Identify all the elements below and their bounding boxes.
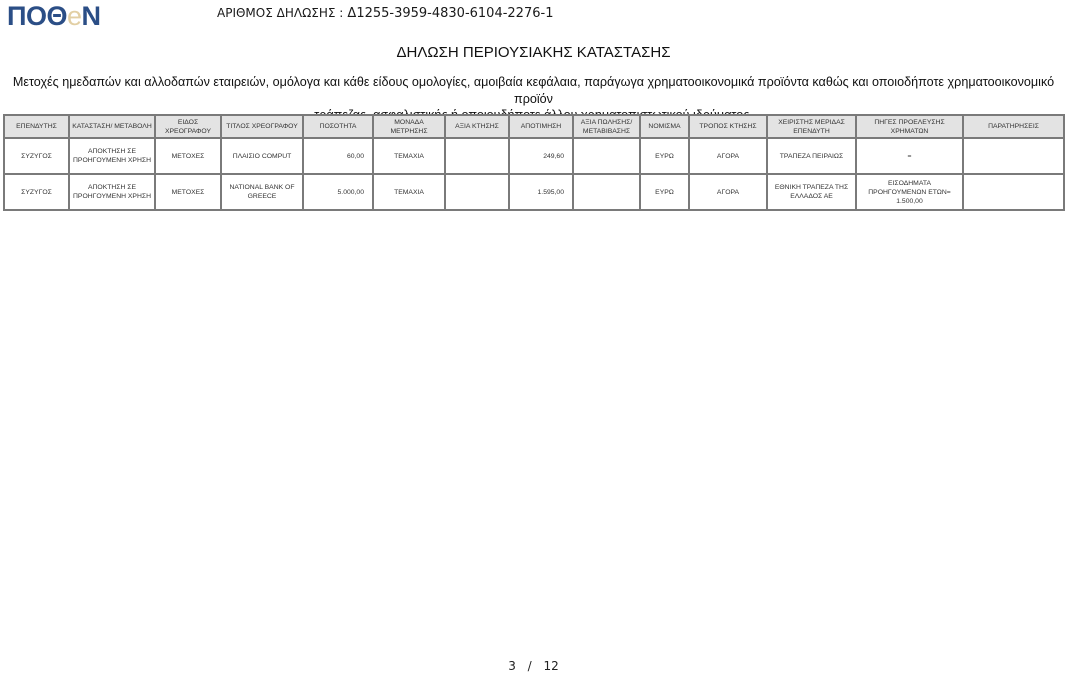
column-header: ΑΞΙΑ ΠΩΛΗΣΗΣ/ ΜΕΤΑΒΙΒΑΣΗΣ — [573, 115, 640, 138]
table-cell: ΕΥΡΩ — [640, 174, 689, 210]
table-cell: ΤΕΜΑΧΙΑ — [373, 138, 445, 174]
table-cell: NATIONAL BANK OF GREECE — [221, 174, 303, 210]
subtitle-line-1: Μετοχές ημεδαπών και αλλοδαπών εταιρειών… — [8, 74, 1059, 107]
table-cell: = — [856, 138, 963, 174]
table-cell — [445, 138, 509, 174]
logo-text-end: Ν — [82, 1, 101, 31]
table-header-row: ΕΠΕΝΔΥΤΗΣΚΑΤΑΣΤΑΣΗ/ ΜΕΤΑΒΟΛΗΕΙΔΟΣ ΧΡΕΟΓΡ… — [4, 115, 1064, 138]
table-cell: 1.595,00 — [509, 174, 573, 210]
table-cell — [963, 138, 1064, 174]
current-page: 3 — [508, 659, 516, 673]
table-cell — [573, 174, 640, 210]
declaration-number: ΑΡΙΘΜΟΣ ΔΗΛΩΣΗΣ : Δ1255-3959-4830-6104-2… — [217, 6, 553, 21]
column-header: ΠΟΣΟΤΗΤΑ — [303, 115, 373, 138]
column-header: ΤΙΤΛΟΣ ΧΡΕΟΓΡΑΦΟΥ — [221, 115, 303, 138]
column-header: ΕΙΔΟΣ ΧΡΕΟΓΡΑΦΟΥ — [155, 115, 221, 138]
table-cell — [573, 138, 640, 174]
declaration-value: Δ1255-3959-4830-6104-2276-1 — [347, 6, 553, 21]
column-header: ΑΞΙΑ ΚΤΗΣΗΣ — [445, 115, 509, 138]
column-header: ΝΟΜΙΣΜΑ — [640, 115, 689, 138]
column-header: ΑΠΟΤΙΜΗΣΗ — [509, 115, 573, 138]
table-cell: ΤΕΜΑΧΙΑ — [373, 174, 445, 210]
column-header: ΠΗΓΕΣ ΠΡΟΕΛΕΥΣΗΣ ΧΡΗΜΑΤΩΝ — [856, 115, 963, 138]
table-cell: ΕΘΝΙΚΗ ΤΡΑΠΕΖΑ ΤΗΣ ΕΛΛΑΔΟΣ ΑΕ — [767, 174, 856, 210]
table-cell: ΑΓΟΡΑ — [689, 174, 767, 210]
table-cell: 60,00 — [303, 138, 373, 174]
table-cell — [445, 174, 509, 210]
table-cell: ΜΕΤΟΧΕΣ — [155, 174, 221, 210]
table-cell: ΤΡΑΠΕΖΑ ΠΕΙΡΑΙΩΣ — [767, 138, 856, 174]
table-cell: ΣΥΖΥΓΟΣ — [4, 174, 69, 210]
column-header: ΚΑΤΑΣΤΑΣΗ/ ΜΕΤΑΒΟΛΗ — [69, 115, 155, 138]
table-cell: ΑΓΟΡΑ — [689, 138, 767, 174]
page-separator: / — [528, 659, 532, 673]
column-header: ΕΠΕΝΔΥΤΗΣ — [4, 115, 69, 138]
logo: ΠΟΘeΝ — [7, 1, 101, 31]
holdings-table: ΕΠΕΝΔΥΤΗΣΚΑΤΑΣΤΑΣΗ/ ΜΕΤΑΒΟΛΗΕΙΔΟΣ ΧΡΕΟΓΡ… — [3, 114, 1065, 211]
table-row: ΣΥΖΥΓΟΣΑΠΟΚΤΗΣΗ ΣΕ ΠΡΟΗΓΟΥΜΕΝΗ ΧΡΗΣΗΜΕΤΟ… — [4, 138, 1064, 174]
column-header: ΜΟΝΑΔΑ ΜΕΤΡΗΣΗΣ — [373, 115, 445, 138]
table-cell: ΑΠΟΚΤΗΣΗ ΣΕ ΠΡΟΗΓΟΥΜΕΝΗ ΧΡΗΣΗ — [69, 138, 155, 174]
table-cell: ΕΙΣΟΔΗΜΑΤΑ ΠΡΟΗΓΟΥΜΕΝΩΝ ΕΤΩΝ= 1.500,00 — [856, 174, 963, 210]
table-cell: 5.000,00 — [303, 174, 373, 210]
total-pages: 12 — [544, 659, 559, 673]
column-header: ΧΕΙΡΙΣΤΗΣ ΜΕΡΙΔΑΣ ΕΠΕΝΔΥΤΗ — [767, 115, 856, 138]
table-row: ΣΥΖΥΓΟΣΑΠΟΚΤΗΣΗ ΣΕ ΠΡΟΗΓΟΥΜΕΝΗ ΧΡΗΣΗΜΕΤΟ… — [4, 174, 1064, 210]
logo-text-start: ΠΟΘ — [7, 1, 67, 31]
table-cell: ΜΕΤΟΧΕΣ — [155, 138, 221, 174]
column-header: ΠΑΡΑΤΗΡΗΣΕΙΣ — [963, 115, 1064, 138]
table-cell — [963, 174, 1064, 210]
table-cell: ΠΛΑΙΣΙΟ COMPUT — [221, 138, 303, 174]
table-cell: 249,60 — [509, 138, 573, 174]
column-header: ΤΡΟΠΟΣ ΚΤΗΣΗΣ — [689, 115, 767, 138]
page-title: ΔΗΛΩΣΗ ΠΕΡΙΟΥΣΙΑΚΗΣ ΚΑΤΑΣΤΑΣΗΣ — [0, 44, 1067, 61]
table-cell: ΑΠΟΚΤΗΣΗ ΣΕ ΠΡΟΗΓΟΥΜΕΝΗ ΧΡΗΣΗ — [69, 174, 155, 210]
table-cell: ΕΥΡΩ — [640, 138, 689, 174]
table-cell: ΣΥΖΥΓΟΣ — [4, 138, 69, 174]
logo-accent-e: e — [67, 1, 82, 31]
page-indicator: 3 / 12 — [0, 659, 1067, 673]
declaration-label: ΑΡΙΘΜΟΣ ΔΗΛΩΣΗΣ : — [217, 6, 343, 20]
